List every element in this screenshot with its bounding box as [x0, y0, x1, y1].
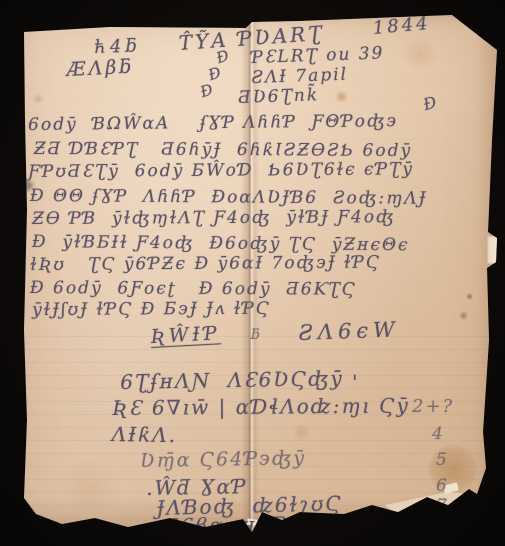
- list-row-2-num: 2+?: [412, 396, 454, 417]
- list-row-3-num: 4: [432, 424, 445, 444]
- list-row-7: 66ϐɑ ʜɑƤ: [166, 512, 288, 538]
- stain-lower-mid: [292, 424, 312, 441]
- date-1844: 1844: [372, 13, 431, 39]
- list-row-7-num: 8: [442, 514, 455, 534]
- signature-right: ƧɅ6ϵW: [298, 317, 400, 345]
- body-line-5: ƵƟ ƤƁ ȳɫʤɱɫɅƮ Ƒ4oʤ ȳɫƁɈ Ƒ4oʤ: [32, 207, 396, 229]
- stain-left-edge: [32, 94, 44, 104]
- torn-tab-right-edge: [486, 236, 497, 264]
- list-row-2: ƦƐ 6∇ıw̄ | ɑƊɬɅoʣ:ɱı Ϛȳ: [112, 393, 410, 420]
- speck-line9: [466, 293, 473, 300]
- list-row-6-num: 7: [436, 496, 449, 516]
- body-line-3: ƑƤʊƋƐƮȳ 6odȳ ƂŴoƊ Ƅ6ƲƮ6ɫϵ ϵƤƮȳ: [28, 159, 414, 182]
- address-line-3: ƋƲ6Ʈnk̃: [238, 85, 319, 108]
- photo-background: 1844 ћ4ƃ ÆΛβƃ T̂ỸA ƤƲARƮ Ɖ Ɖ Ɖ Ɖ ƤƐLRƮ o…: [0, 0, 505, 546]
- signature-mid-mark: ƃ: [251, 327, 262, 343]
- stain-mid: [334, 90, 349, 103]
- speck-right-edge: [459, 311, 468, 320]
- list-row-1: 6ƮʄʜɅƝ ɅƐ6ƲϚʤȳ: [120, 366, 344, 394]
- header-left-line-1: ћ4ƃ: [94, 35, 141, 58]
- list-row-4: Ʋɱ̄ɑ Ϛ64Ƥ϶ʤȳ: [140, 447, 306, 472]
- address-line-2: ƧɅƗ 7apil: [251, 65, 348, 88]
- list-row-1-mark: ': [352, 370, 360, 394]
- body-line-4: Ɖ ΘΘ ʄƔƤ ɅɦɦƤ ƉoɑɅƲɈƁ6 Ƨoʤ:ɱɅɈ: [30, 186, 428, 209]
- header-left-line-2: ÆΛβƃ: [66, 55, 135, 81]
- body-line-8: Ɖ 6odȳ 6Ƒoϵʈ Ɖ 6odȳ Ƌ6ƘƮϚ: [30, 278, 357, 300]
- body-line-2: ƵƋ ƊƁƐƤƮ Ƌ6ɦȳɈ 6ɦƙƖƧƵƟƧƄ 6odȳ: [34, 139, 412, 161]
- body-line-9: ȳɫɈʃʊɈ ɫƤϚ Ɖ Ƃ϶Ɉ Ɉʌ ɫƤϚ: [32, 299, 271, 320]
- body-line-1: 6odȳ ƁΩŴɑA ʄƔƤ ɅɦɦƤ ƑΘƤoʤ϶: [28, 111, 398, 135]
- list-row-4-num: 5: [436, 450, 449, 470]
- manuscript-page: 1844 ћ4ƃ ÆΛβƃ T̂ỸA ƤƲARƮ Ɖ Ɖ Ɖ Ɖ ƤƐLRƮ o…: [0, 0, 505, 546]
- list-row-5-num: 6: [436, 476, 449, 496]
- stain-bottom-left: [55, 460, 125, 515]
- list-row-3: ɅƗƙɅ.: [112, 422, 178, 447]
- stain-top-right: [400, 38, 440, 70]
- body-line-7: ɫƦʊ ƮϚ ȳ6ƤƵϵ Ɖ ȳ6ɑƗ 7oʤ϶Ɉ ɫƤϚ: [30, 253, 381, 275]
- signature-left: ƦŴƗƤ: [150, 322, 221, 348]
